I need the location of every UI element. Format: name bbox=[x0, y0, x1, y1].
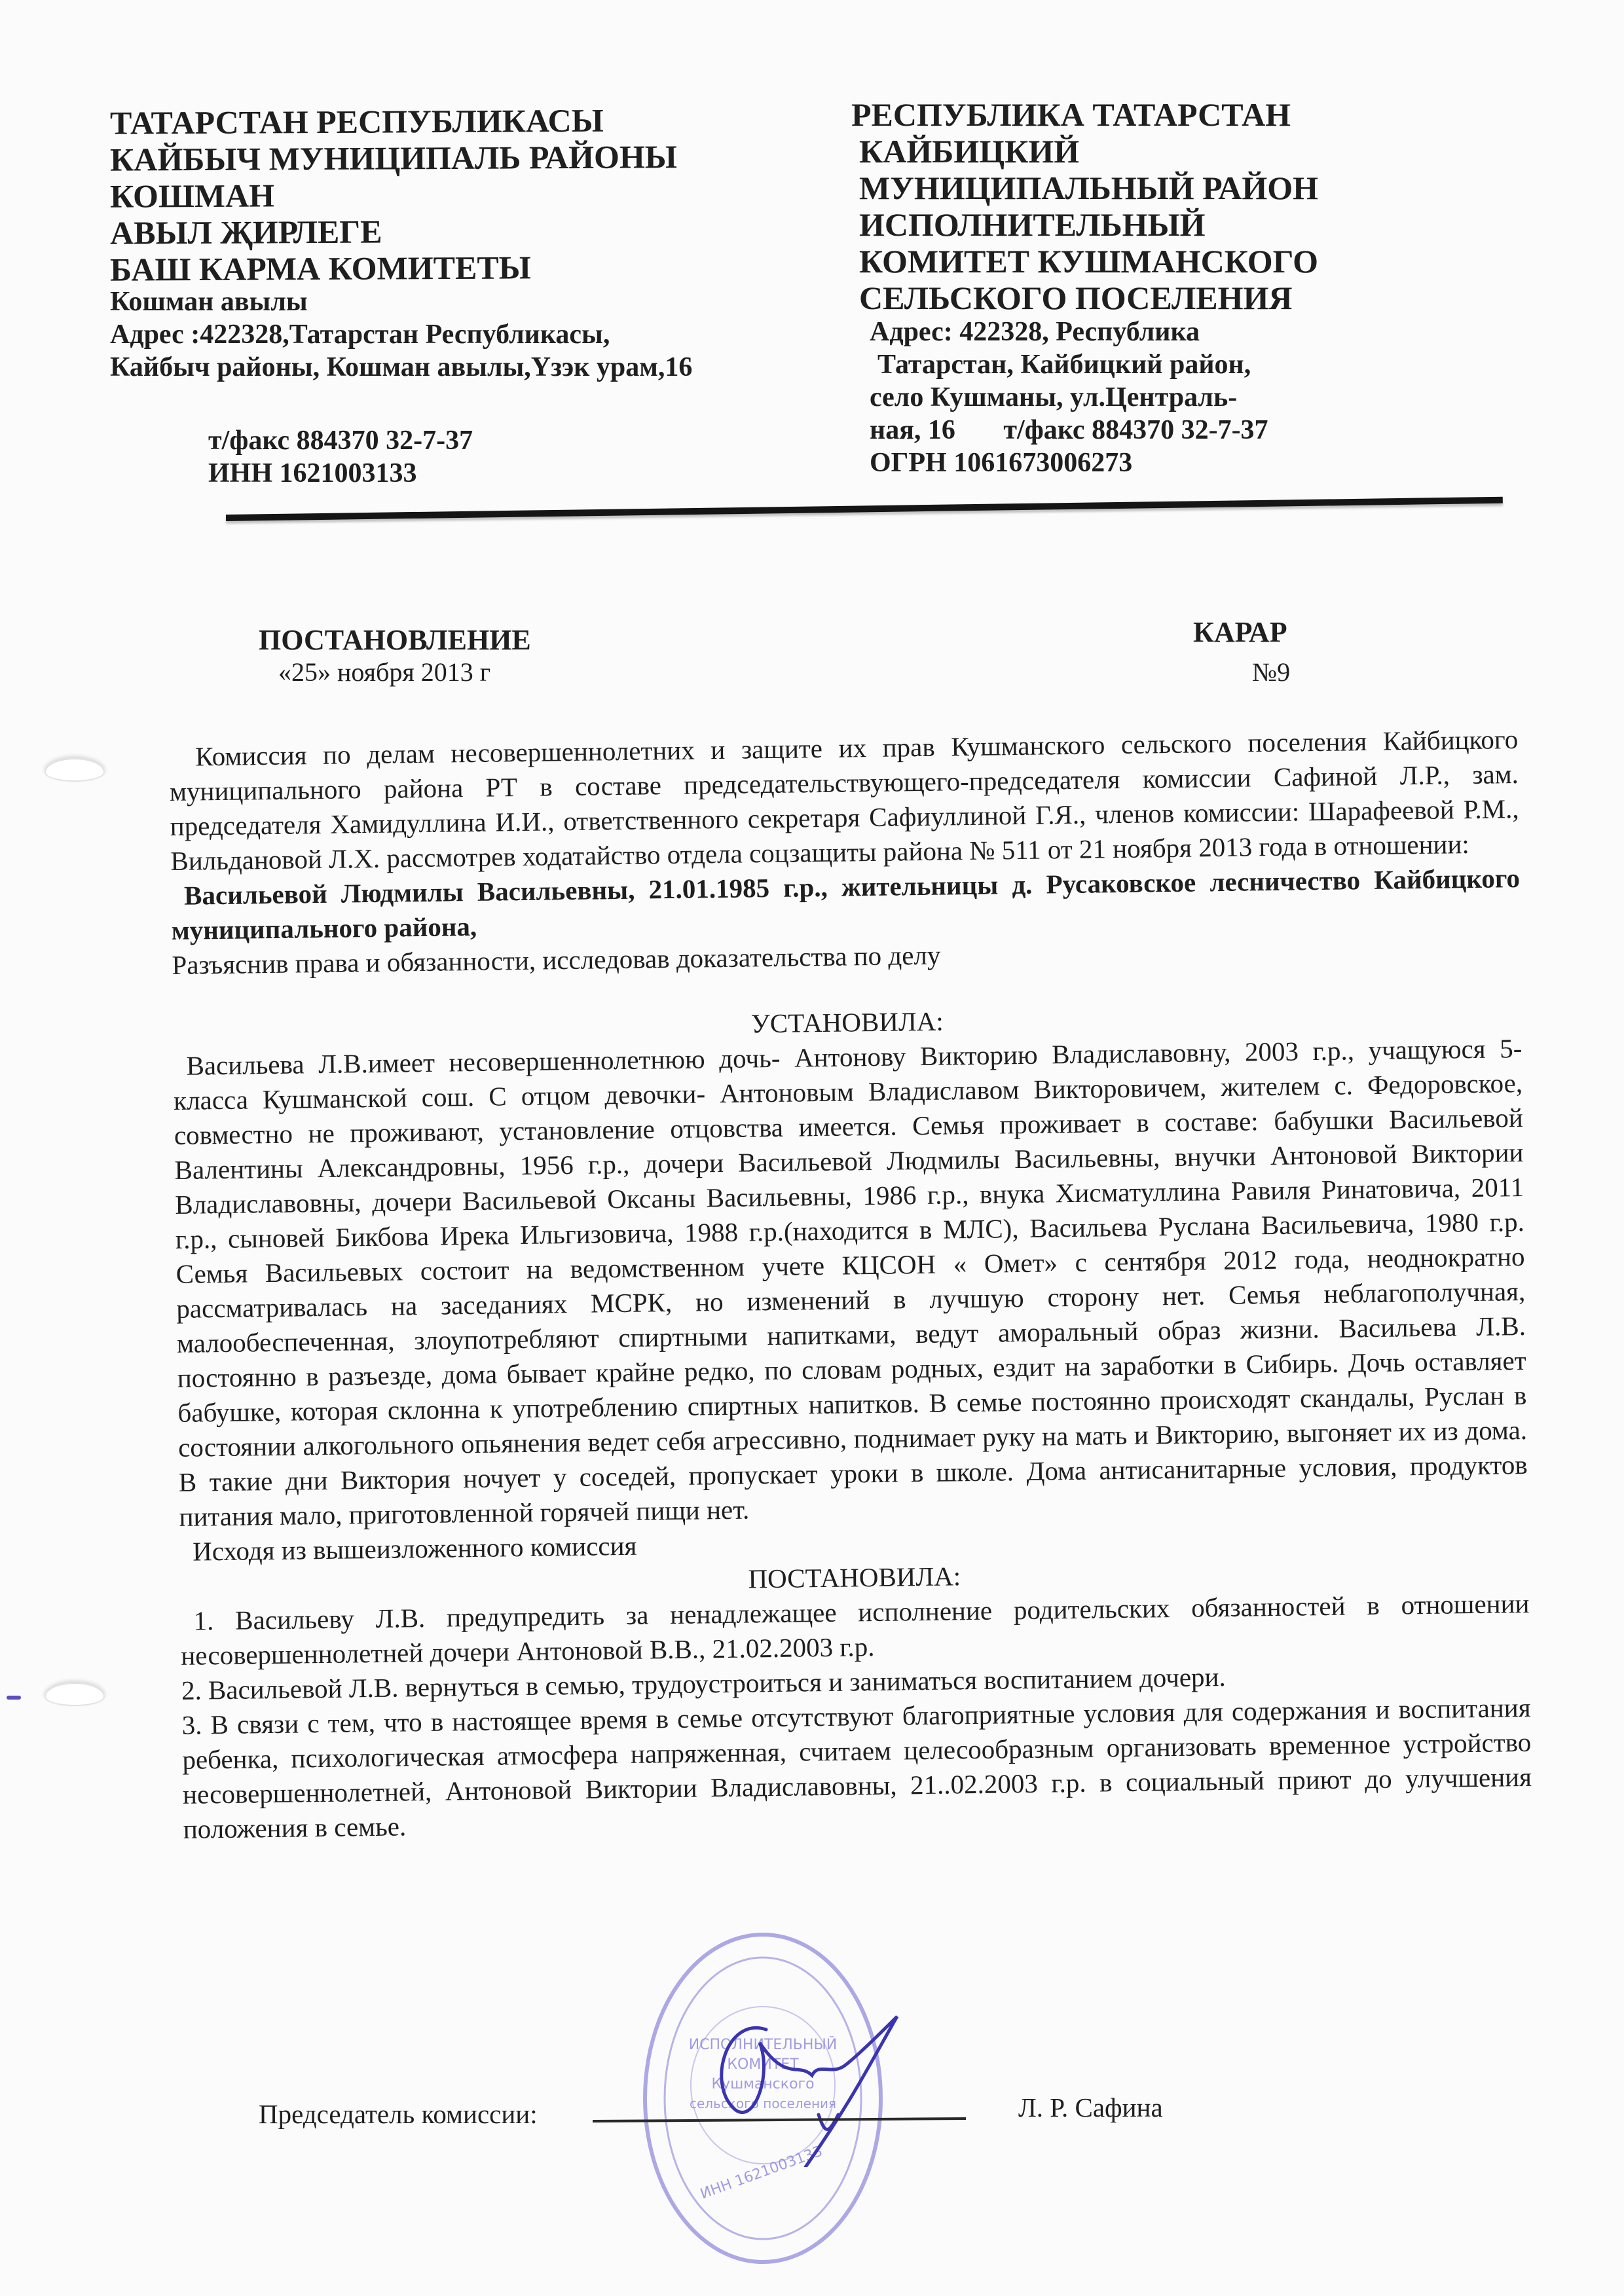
header-right-line: РЕСПУБЛИКА ТАТАРСТАН bbox=[851, 98, 1441, 131]
margin-ink-mark bbox=[7, 1696, 21, 1700]
document-number: №9 bbox=[1252, 657, 1290, 687]
signature-line bbox=[593, 2117, 966, 2123]
header-left-phone: т/факс 884370 32-7-37 bbox=[110, 427, 798, 454]
header-right-address: ная, 16 т/факс 884370 32-7-37 bbox=[851, 416, 1441, 444]
header-left-address: Адрес :422328,Татарстан Республикасы, bbox=[110, 321, 798, 348]
header-right-line: ИСПОЛНИТЕЛЬНЫЙ bbox=[851, 208, 1441, 241]
header-left-line: КАЙБЫЧ МУНИЦИПАЛЬ РАЙОНЫ bbox=[110, 139, 798, 175]
header-left-village: Кошман авылы bbox=[110, 288, 798, 316]
document-date: «25» ноября 2013 г bbox=[278, 657, 490, 687]
signature-label: Председатель комиссии: bbox=[259, 2098, 538, 2130]
header-left-line: ТАТАРСТАН РЕСПУБЛИКАСЫ bbox=[110, 103, 798, 139]
document-title-tatar: КАРАР bbox=[1193, 615, 1287, 649]
established-paragraph: Васильева Л.В.имеет несовершеннолетнюю д… bbox=[173, 1031, 1528, 1535]
header-left-tatar: ТАТАРСТАН РЕСПУБЛИКАСЫ КАЙБЫЧ МУНИЦИПАЛЬ… bbox=[110, 105, 798, 492]
header-right-russian: РЕСПУБЛИКА ТАТАРСТАН КАЙБИЦКИЙ МУНИЦИПАЛ… bbox=[851, 98, 1441, 482]
header-right-line: КОМИТЕТ КУШМАНСКОГО bbox=[851, 245, 1441, 278]
header-right-address: Татарстан, Кайбицкий район, bbox=[851, 351, 1441, 378]
header-right-ogrn: ОГРН 1061673006273 bbox=[851, 449, 1441, 477]
header-right-line: МУНИЦИПАЛЬНЫЙ РАЙОН bbox=[851, 172, 1441, 204]
document-title: ПОСТАНОВЛЕНИЕ bbox=[259, 623, 531, 657]
svg-text:КОМИТЕТ: КОМИТЕТ bbox=[727, 2056, 799, 2073]
header-right-address: село Кушманы, ул.Централь- bbox=[851, 384, 1441, 411]
handwritten-signature-icon bbox=[688, 2003, 904, 2167]
resolution-item: 3. В связи с тем, что в настоящее время … bbox=[181, 1690, 1532, 1847]
punch-hole-bottom bbox=[45, 1683, 105, 1706]
header-right-line: КАЙБИЦКИЙ bbox=[851, 135, 1441, 168]
header-right-address: Адрес: 422328, Республика bbox=[851, 318, 1441, 346]
signatory-name: Л. Р. Сафина bbox=[1018, 2092, 1163, 2123]
svg-text:сельского поселения: сельского поселения bbox=[690, 2096, 836, 2111]
header-left-line: КОШМАН bbox=[110, 176, 798, 212]
document-body: Комиссия по делам несовершеннолетних и з… bbox=[169, 722, 1532, 1847]
scanned-document-page: ТАТАРСТАН РЕСПУБЛИКАСЫ КАЙБЫЧ МУНИЦИПАЛЬ… bbox=[0, 0, 1624, 2296]
official-stamp-icon: ИСПОЛНИТЕЛЬНЫЙ КОМИТЕТ Кушманского сельс… bbox=[638, 1928, 887, 2269]
header-left-line: АВЫЛ ҖИРЛЕГЕ bbox=[110, 213, 798, 249]
intro-paragraph: Комиссия по делам несовершеннолетних и з… bbox=[169, 722, 1520, 879]
header-left-inn: ИНН 1621003133 bbox=[110, 460, 798, 487]
svg-text:Кушманского: Кушманского bbox=[711, 2076, 814, 2092]
svg-text:ИСПОЛНИТЕЛЬНЫЙ: ИСПОЛНИТЕЛЬНЫЙ bbox=[689, 2036, 838, 2053]
svg-text:ИНН 1621003133: ИНН 1621003133 bbox=[698, 2143, 824, 2203]
header-left-line: БАШ КАРМА КОМИТЕТЫ bbox=[110, 249, 798, 285]
header-divider bbox=[226, 497, 1503, 521]
punch-hole-top bbox=[45, 758, 105, 782]
header-right-line: СЕЛЬСКОГО ПОСЕЛЕНИЯ bbox=[851, 282, 1441, 314]
header-left-address: Кайбыч районы, Кошман авылы,Үзэк урам,16 bbox=[110, 354, 798, 381]
